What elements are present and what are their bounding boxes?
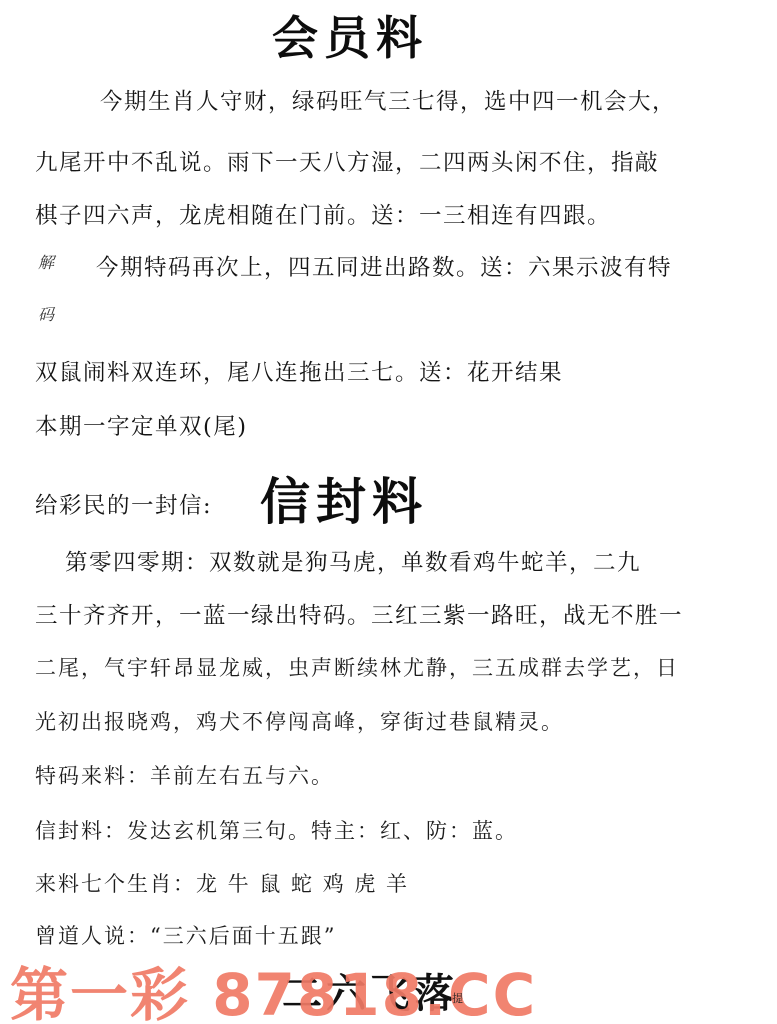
- section-intro: 给彩民的一封信:: [35, 488, 212, 520]
- text-line: 来料七个生肖：龙 牛 鼠 蛇 鸡 虎 羊: [35, 868, 409, 898]
- text-line: 三十齐齐开，一蓝一绿出特码。三红三紫一路旺，战无不胜一: [35, 598, 683, 630]
- text-line: 本期一字定单双(尾): [35, 409, 248, 441]
- tiny-character: 提: [452, 990, 463, 1006]
- text-line: 今期生肖人守财，绿码旺气三七得，选中四一机会大，: [100, 84, 676, 116]
- text-line: 光初出报晓鸡，鸡犬不停闯高峰，穿街过巷鼠精灵。: [35, 706, 564, 736]
- text-line: 二尾，气宇轩昂显龙威，虫声断续林尤静，三五成群去学艺，日: [35, 652, 679, 682]
- text-line: 九尾开中不乱说。雨下一天八方湿，二四两头闲不住，指敲: [35, 145, 659, 177]
- text-line: 棋子四六声，龙虎相随在门前。送：一三相连有四跟。: [35, 198, 611, 230]
- text-line: 第零四零期：双数就是狗马虎，单数看鸡牛蛇羊，二九: [65, 545, 641, 577]
- text-line: 曾道人说：“三六后面十五跟”: [35, 920, 336, 950]
- text-line: 今期特码再次上，四五同进出路数。送：六果示波有特: [96, 250, 672, 282]
- section-title-member: 会员料: [272, 2, 428, 68]
- handwritten-note: 解: [38, 250, 54, 273]
- watermark-text: 第一彩 87818.CC: [10, 948, 537, 1024]
- text-line: 特码来料：羊前左右五与六。: [35, 760, 334, 790]
- handwritten-note: 码: [38, 302, 54, 325]
- text-line: 信封料：发达玄机第三句。特主：红、防：蓝。: [35, 815, 518, 845]
- section-title-envelope: 信封料: [260, 462, 428, 534]
- text-line: 双鼠闹料双连环，尾八连拖出三七。送：花开结果: [35, 355, 563, 387]
